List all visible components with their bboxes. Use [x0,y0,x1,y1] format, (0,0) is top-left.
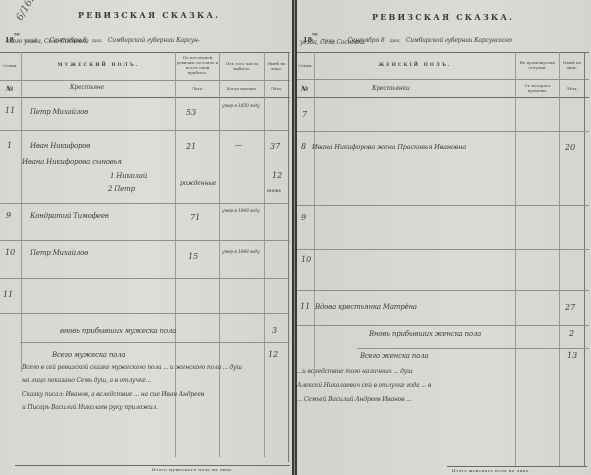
row-name: Ивана Никифорова жена Прасковья Ивановна [312,143,466,151]
row-current: вновь [267,188,281,194]
left-page: 6/162 РЕВИЗСКАЯ СКАЗКА. 1850 года Сентяб… [0,0,293,475]
row-family: 9 [6,211,11,220]
row-family: 11 [3,290,13,299]
row-current: 20 [565,143,575,152]
subhdr-hand: Крестьянки [372,85,410,92]
summary-total-label: Всего женска пола [360,352,428,360]
header-rule [0,80,290,81]
col-divider [288,52,289,462]
row-name: Вдова крестьянка Матрёна [315,303,417,311]
col-divider [21,52,22,372]
row-family: 10 [301,255,311,264]
page-spine-highlight [294,0,295,475]
place-handwritten-1: Симбирской губернии Карсунского [406,37,512,44]
row-rule [297,325,589,326]
subheader-rule [297,97,589,98]
row-departed: умер в 1850 году [222,104,262,109]
row-name: Петр Михайлов [30,108,88,116]
row-name: 2 Петр [108,185,135,193]
row-departed: умер в 1849 году [222,209,262,214]
row-departed: — [235,141,242,149]
col-last-revision: По последней ревизии состояло и после он… [176,55,219,75]
subheader-rule [0,97,290,98]
right-page: РЕВИЗСКАЯ СКАЗКА. 1850 года Сентября 8 д… [297,0,591,475]
place-handwritten-2: ского уезда, Села Сосновка [6,38,89,45]
day-label: дня, [92,38,103,44]
row-note: рожденные [180,180,216,187]
note-line: Всего в сей ревизской сказке мужеского п… [22,364,242,371]
row-rule [0,203,290,204]
subhdr-hand: Крестьяне [70,84,104,91]
note-line: ... Семьей Василий Андреев Иванов ... [297,396,411,403]
row-age: 21 [186,142,196,151]
col-currently: Нынѣ на лицо. [265,61,288,71]
row-family: 1 [7,141,12,150]
footer-rule [15,465,290,466]
col-families: Семьи. [297,63,314,68]
note-line: и Писарь Василий Николаев руку приложил. [22,404,158,411]
col-female: ЖЕНСКІЙ ПОЛЪ. [315,63,515,68]
row-rule [297,290,589,291]
row-rule [0,130,290,131]
place-handwritten-1: Симбирской губернии Карсун- [108,37,200,44]
summary-total-value: 13 [567,351,577,360]
note-line: Алексей Николаевич сей в отлучке года ..… [297,382,431,389]
summary-total-value: 12 [268,350,278,359]
row-rule [0,313,290,314]
col-divider [515,52,516,467]
row-family: 7 [302,110,307,119]
footer-label: Итого мужескаго пола на лицо. [152,467,234,472]
col-departed: Въ промежутокъ отлучки. [516,60,559,70]
note-line: на лицо показано Семь душ, а в отлучке..… [22,377,151,384]
row-name: 1 Николай [110,172,147,180]
year-suffix: 50 [14,32,20,37]
subhdr-when: Когда именно. [220,86,264,91]
header-rule [297,79,589,80]
year-suffix: 50 [312,32,318,37]
summary-new-value: 3 [272,326,277,335]
subhdr-years: Лѣта. [560,86,584,91]
row-rule [0,240,290,241]
row-rule [20,342,290,343]
col-divider [559,52,560,467]
col-departed: Изъ того числа выбыло. [220,61,264,71]
row-rule [297,249,589,250]
place-handwritten-2: уезда, Села Сосновка [300,39,365,46]
col-divider [264,52,265,457]
subhdr-no: № [6,84,14,93]
note-line: Сказку писал: Иванов, а вследствие ... н… [22,391,204,398]
col-divider [219,52,220,457]
row-family: 8 [301,142,306,151]
footer-rule [447,466,587,467]
left-page-title: РЕВИЗСКАЯ СКАЗКА. [78,10,220,20]
table-top-rule [297,52,589,53]
summary-new-label: вновь прибывших мужеска пола [60,327,176,335]
table-top-rule [0,52,290,53]
row-age: 15 [188,252,198,261]
day-label: дня, [390,38,401,44]
subhdr-years-1: Лѣта. [176,86,219,91]
row-name: Иван Никифоров [30,142,90,150]
row-rule [297,205,589,206]
row-departed: умер в 1848 году [222,250,262,255]
row-rule [357,348,589,349]
footer-label: Итого женскаго пола на лицо. [452,468,531,473]
row-name: Ивана Никифорова сыновья [22,158,122,166]
subhdr-since: Съ котораго времени. [516,83,559,93]
col-male: МУЖЕСКИЙ ПОЛЪ. [22,63,175,68]
row-current: 37 [270,142,280,151]
summary-total-label: Всего мужеска пола [52,351,125,359]
row-family: 9 [301,213,306,222]
subhdr-years-2: Лѣта. [265,86,288,91]
col-families: Семьи. [0,63,21,68]
right-page-title: РЕВИЗСКАЯ СКАЗКА. [372,12,514,22]
row-current: 27 [565,303,575,312]
row-family: 11 [5,106,15,115]
row-name: Кондратий Тимофеев [30,212,109,220]
row-rule [297,131,589,132]
summary-new-label: Вновь прибывших женска пола [369,330,481,338]
row-family: 11 [300,302,310,311]
archive-mark: 6/162 [14,0,38,23]
row-age: 71 [190,213,200,222]
row-age: 53 [186,108,196,117]
col-divider [314,52,315,377]
col-currently: Нынѣ на лицо. [560,60,584,70]
col-divider [584,52,585,467]
row-family: 10 [5,248,15,257]
row-rule [0,278,290,279]
subhdr-no: № [301,84,309,93]
row-current: 12 [272,171,282,180]
note-line: ...и вследствие того наличных ... душ [297,368,413,375]
row-name: Петр Михайлов [30,249,88,257]
summary-new-value: 2 [569,329,574,338]
